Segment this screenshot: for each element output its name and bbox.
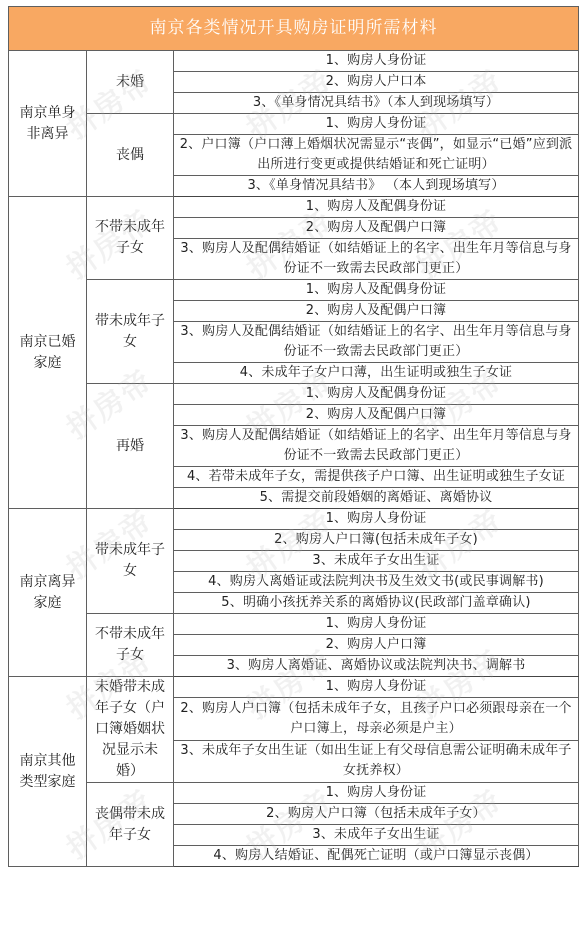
item-cell: 1、购房人身份证 xyxy=(174,614,579,635)
category-cell: 南京其他类型家庭 xyxy=(9,677,87,867)
table-row: 丧偶 1、购房人身份证 xyxy=(9,114,579,135)
table-row: 南京已婚家庭 不带未成年子女 1、购房人及配偶身份证 xyxy=(9,197,579,218)
item-cell: 5、明确小孩抚养关系的离婚协议(民政部门盖章确认) xyxy=(174,593,579,614)
category-cell: 南京离异家庭 xyxy=(9,509,87,677)
item-cell: 1、购房人身份证 xyxy=(174,509,579,530)
item-cell: 2、购房人户口本 xyxy=(174,72,579,93)
table-row: 不带未成年子女 1、购房人身份证 xyxy=(9,614,579,635)
item-cell: 2、户口簿（户口薄上婚烟状况需显示“丧偶”，如显示“已婚”应到派出所进行变更或提… xyxy=(174,135,579,176)
item-cell: 4、购房人结婚证、配偶死亡证明（或户口簿显示丧偶） xyxy=(174,846,579,867)
materials-table: 南京各类情况开具购房证明所需材料 南京单身非离异 未婚 1、购房人身份证 2、购… xyxy=(8,6,579,867)
item-cell: 3、未成年子女出生证 xyxy=(174,825,579,846)
title-row: 南京各类情况开具购房证明所需材料 xyxy=(9,7,579,51)
group-cell: 丧偶 xyxy=(87,114,174,197)
item-cell: 4、购房人离婚证或法院判决书及生效文书(或民事调解书) xyxy=(174,572,579,593)
category-cell: 南京已婚家庭 xyxy=(9,197,87,509)
table-title: 南京各类情况开具购房证明所需材料 xyxy=(9,7,579,51)
materials-table-container: 南京各类情况开具购房证明所需材料 南京单身非离异 未婚 1、购房人身份证 2、购… xyxy=(8,6,578,867)
group-cell: 丧偶带未成年子女 xyxy=(87,783,174,867)
item-cell: 2、购房人户口簿 xyxy=(174,635,579,656)
item-cell: 3、《单身情况具结书》 （本人到现场填写） xyxy=(174,176,579,197)
item-cell: 2、购房人户口簿（包括未成年子女） xyxy=(174,804,579,825)
item-cell: 3、购房人及配偶结婚证（如结婚证上的名字、出生年月等信息与身份证不一致需去民政部… xyxy=(174,426,579,467)
item-cell: 2、购房人户口簿(包括未成年子女) xyxy=(174,530,579,551)
item-cell: 2、购房人及配偶户口簿 xyxy=(174,218,579,239)
item-cell: 3、未成年子女出生证 xyxy=(174,551,579,572)
item-cell: 3、购房人离婚证、离婚协议或法院判决书、调解书 xyxy=(174,656,579,677)
item-cell: 5、需提交前段婚姻的离婚证、离婚协议 xyxy=(174,488,579,509)
item-cell: 1、购房人及配偶身份证 xyxy=(174,197,579,218)
item-cell: 1、购房人身份证 xyxy=(174,677,579,698)
item-cell: 3、未成年子女出生证（如出生证上有父母信息需公证明确未成年子女抚养权） xyxy=(174,740,579,783)
item-cell: 4、未成年子女户口薄，出生证明或独生子女证 xyxy=(174,363,579,384)
table-row: 南京离异家庭 带未成年子女 1、购房人身份证 xyxy=(9,509,579,530)
group-cell: 未婚带未成年子女（户口簿婚姻状况显示未婚） xyxy=(87,677,174,783)
item-cell: 3、《单身情况具结书》（本人到现场填写） xyxy=(174,93,579,114)
group-cell: 不带未成年子女 xyxy=(87,614,174,677)
item-cell: 2、购房人户口簿（包括未成年子女，且孩子户口必须跟母亲在一个户口簿上，母亲必须是… xyxy=(174,698,579,741)
group-cell: 再婚 xyxy=(87,384,174,509)
table-row: 丧偶带未成年子女 1、购房人身份证 xyxy=(9,783,579,804)
item-cell: 1、购房人身份证 xyxy=(174,114,579,135)
item-cell: 2、购房人及配偶户口簿 xyxy=(174,301,579,322)
group-cell: 未婚 xyxy=(87,51,174,114)
table-row: 南京其他类型家庭 未婚带未成年子女（户口簿婚姻状况显示未婚） 1、购房人身份证 xyxy=(9,677,579,698)
item-cell: 4、若带未成年子女，需提供孩子户口簿、出生证明或独生子女证 xyxy=(174,467,579,488)
item-cell: 3、购房人及配偶结婚证（如结婚证上的名字、出生年月等信息与身份证不一致需去民政部… xyxy=(174,239,579,280)
item-cell: 3、购房人及配偶结婚证（如结婚证上的名字、出生年月等信息与身份证不一致需去民政部… xyxy=(174,322,579,363)
item-cell: 1、购房人身份证 xyxy=(174,783,579,804)
category-cell: 南京单身非离异 xyxy=(9,51,87,197)
table-row: 南京单身非离异 未婚 1、购房人身份证 xyxy=(9,51,579,72)
group-cell: 带未成年子女 xyxy=(87,509,174,614)
item-cell: 1、购房人及配偶身份证 xyxy=(174,280,579,301)
group-cell: 带未成年子女 xyxy=(87,280,174,384)
group-cell: 不带未成年子女 xyxy=(87,197,174,280)
item-cell: 1、购房人身份证 xyxy=(174,51,579,72)
table-row: 带未成年子女 1、购房人及配偶身份证 xyxy=(9,280,579,301)
table-row: 再婚 1、购房人及配偶身份证 xyxy=(9,384,579,405)
item-cell: 2、购房人及配偶户口簿 xyxy=(174,405,579,426)
item-cell: 1、购房人及配偶身份证 xyxy=(174,384,579,405)
